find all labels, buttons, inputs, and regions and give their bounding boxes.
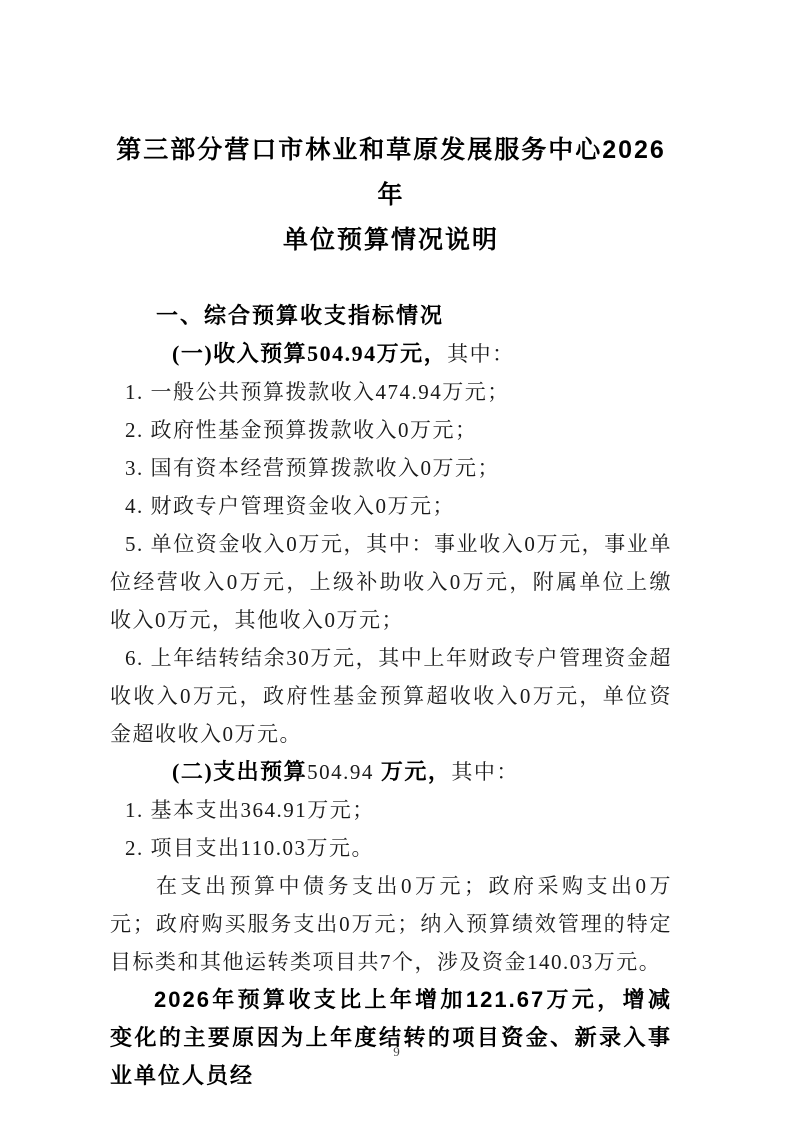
- expense-budget-heading: (二)支出预算504.94 万元，其中：: [110, 753, 672, 791]
- income-item-5: 5. 单位资金收入0万元，其中：事业收入0万元，事业单位经营收入0万元，上级补助…: [110, 525, 672, 639]
- document-page: 第三部分营口市林业和草原发展服务中心2026年 单位预算情况说明 一、综合预算收…: [0, 0, 793, 1122]
- income-item-2: 2. 政府性基金预算拨款收入0万元；: [110, 411, 672, 449]
- expense-budget-heading-bold1: (二)支出预算: [172, 759, 307, 784]
- income-item-4: 4. 财政专户管理资金收入0万元；: [110, 487, 672, 525]
- document-title-line2: 单位预算情况说明: [110, 218, 672, 263]
- income-budget-heading-rest: 其中：: [447, 342, 515, 366]
- section-heading-overview: 一、综合预算收支指标情况: [110, 297, 672, 335]
- expense-budget-heading-rest: 其中：: [451, 760, 519, 784]
- income-item-6: 6. 上年结转结余30万元，其中上年财政专户管理资金超收收入0万元，政府性基金预…: [110, 639, 672, 753]
- document-title-line1: 第三部分营口市林业和草原发展服务中心2026年: [110, 128, 672, 218]
- expense-item-1: 1. 基本支出364.91万元；: [110, 791, 672, 829]
- budget-change-note: 2026年预算收支比上年增加121.67万元，增减变化的主要原因为上年度结转的项…: [110, 981, 672, 1095]
- document-title: 第三部分营口市林业和草原发展服务中心2026年 单位预算情况说明: [110, 128, 672, 263]
- expense-budget-amount: 504.94: [307, 760, 374, 784]
- income-budget-heading-bold: (一)收入预算504.94万元，: [172, 341, 447, 366]
- income-item-3: 3. 国有资本经营预算拨款收入0万元；: [110, 449, 672, 487]
- income-budget-heading: (一)收入预算504.94万元，其中：: [110, 335, 672, 373]
- expense-detail-paragraph: 在支出预算中债务支出0万元；政府采购支出0万元；政府购买服务支出0万元；纳入预算…: [110, 867, 672, 981]
- expense-budget-heading-bold2: 万元，: [374, 759, 452, 784]
- page-number: 9: [0, 1044, 793, 1060]
- expense-item-2: 2. 项目支出110.03万元。: [110, 829, 672, 867]
- income-item-1: 1. 一般公共预算拨款收入474.94万元；: [110, 373, 672, 411]
